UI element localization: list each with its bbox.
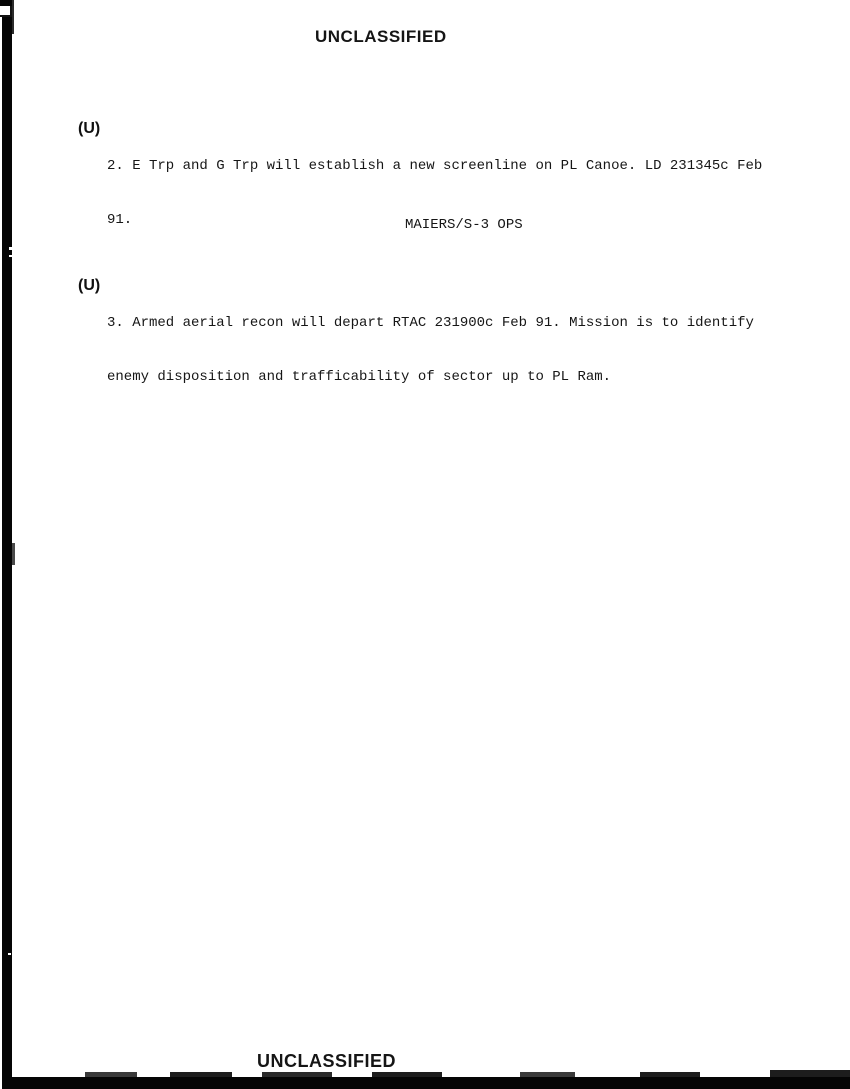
classification-marker: (U) [78, 277, 100, 295]
paragraph-3: (U) 3. Armed aerial recon will depart RT… [78, 278, 788, 422]
scan-edge-bottom-bar [2, 1077, 850, 1089]
scanned-document-page: UNCLASSIFIED (U) 2. E Trp and G Trp will… [0, 0, 850, 1089]
paragraph-line: 2. E Trp and G Trp will establish a new … [107, 157, 788, 175]
scan-edge-left-bar [2, 0, 12, 1083]
document-body: (U) 2. E Trp and G Trp will establish a … [78, 121, 788, 435]
paragraph-2: (U) 2. E Trp and G Trp will establish a … [78, 121, 788, 265]
scan-speck [8, 953, 11, 955]
classification-footer: UNCLASSIFIED [257, 1051, 396, 1072]
scan-vertical-line-artifact [12, 0, 14, 34]
paragraph-line: 3. Armed aerial recon will depart RTAC 2… [107, 314, 788, 332]
signature-line: MAIERS/S-3 OPS [405, 216, 523, 234]
scan-speck [9, 247, 12, 250]
classification-marker: (U) [78, 120, 100, 138]
scan-notch-artifact [0, 6, 12, 17]
classification-header: UNCLASSIFIED [315, 27, 447, 47]
scan-speck [9, 255, 12, 257]
scan-gray-strip-artifact [12, 543, 15, 565]
paragraph-text: 2. E Trp and G Trp will establish a new … [107, 121, 788, 265]
paragraph-line: enemy disposition and trafficability of … [107, 368, 788, 386]
paragraph-text: 3. Armed aerial recon will depart RTAC 2… [107, 278, 788, 422]
